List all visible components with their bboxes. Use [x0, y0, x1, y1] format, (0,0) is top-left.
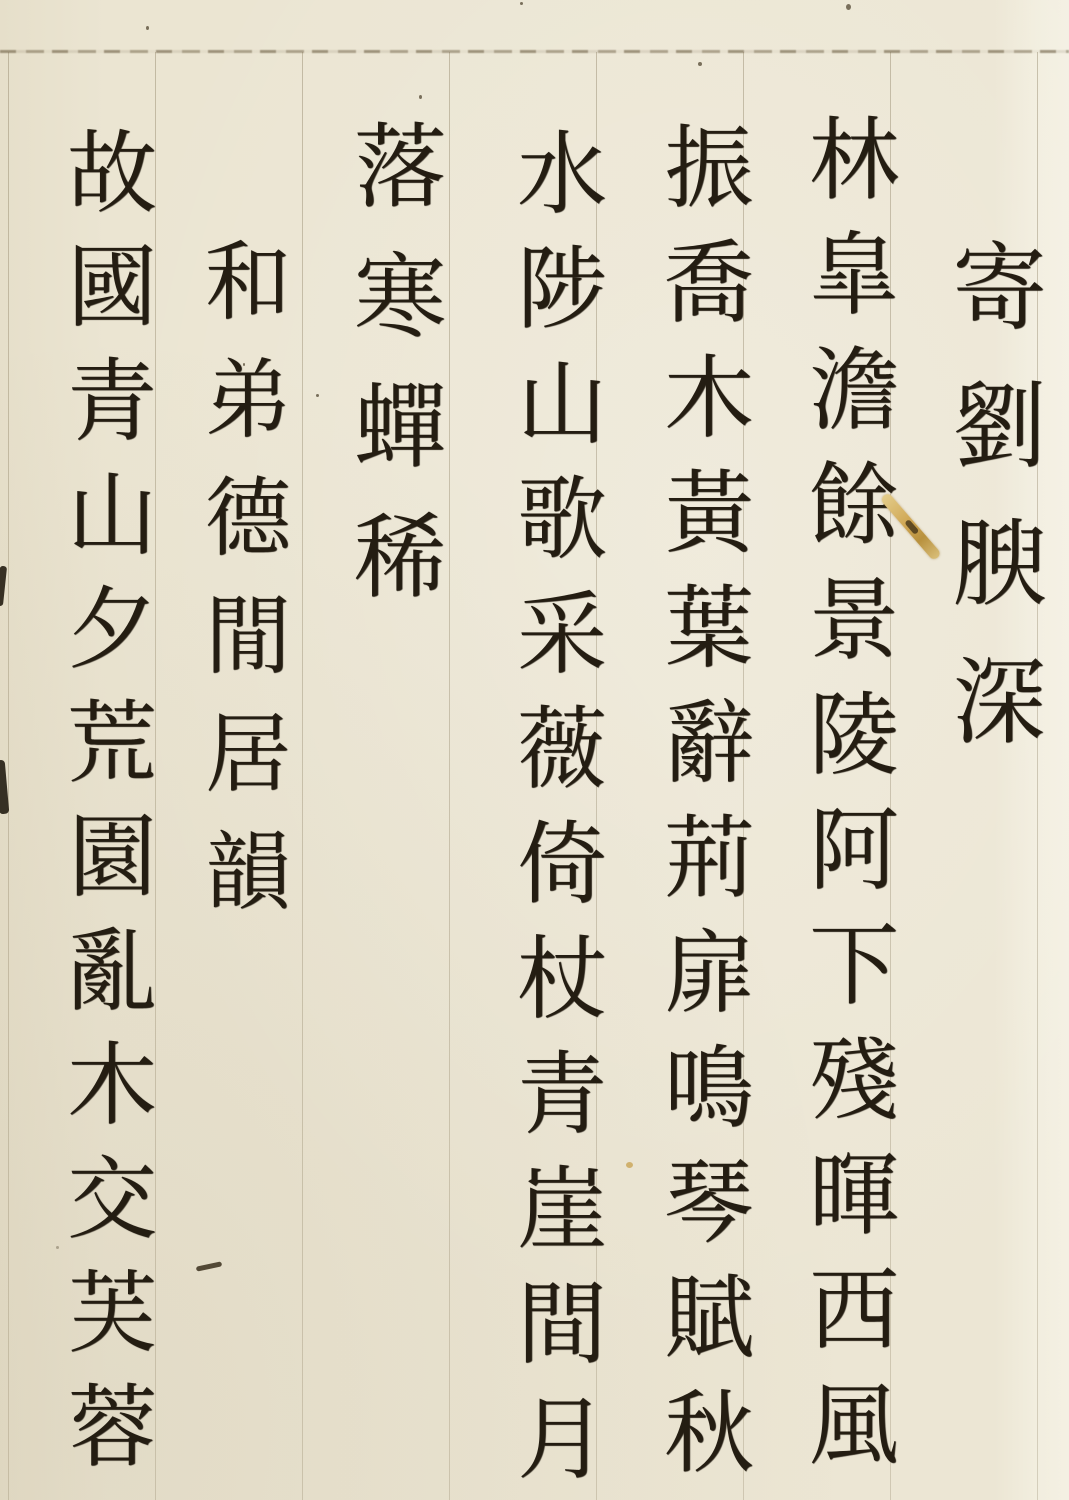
- manuscript-page: 寄劉腴深 林皐澹餘景陵阿下殘暉西風 振喬木黃葉辭荊扉鳴琴賦秋 水陟山歌采薇倚杖青…: [0, 0, 1069, 1500]
- poem1-body-column-4: 落寒蟬稀: [346, 118, 438, 638]
- ink-dash-mark: [196, 1261, 222, 1271]
- poem2-body-column-1: 故國青山夕荒園亂木交芙蓉: [58, 125, 148, 1493]
- poem1-body-column-3: 水陟山歌采薇倚杖青崖間月: [508, 126, 598, 1500]
- paper-fleck: [146, 26, 149, 30]
- poem1-body-column-1: 林皐澹餘景陵阿下殘暉西風: [800, 112, 890, 1492]
- cut-off-stroke-left-edge: [0, 566, 7, 607]
- poem2-title-column: 和弟德閒居韻: [197, 236, 283, 944]
- paper-fleck: [56, 1246, 59, 1249]
- paper-fleck: [846, 4, 851, 10]
- paper-fleck: [419, 95, 422, 99]
- column-rule-line: [449, 52, 450, 1500]
- poem1-title-column: 寄劉腴深: [943, 238, 1037, 790]
- column-rule-line: [302, 52, 303, 1500]
- horizontal-crease-line: [0, 50, 1069, 53]
- paper-fleck: [243, 363, 245, 366]
- tan-spot-stain: [626, 1162, 633, 1168]
- paper-fleck: [698, 62, 702, 66]
- paper-fleck: [520, 2, 523, 5]
- column-rule-line: [8, 52, 9, 1500]
- poem1-body-column-2: 振喬木黃葉辭荊扉鳴琴賦秋: [655, 120, 745, 1500]
- paper-fleck: [316, 394, 319, 397]
